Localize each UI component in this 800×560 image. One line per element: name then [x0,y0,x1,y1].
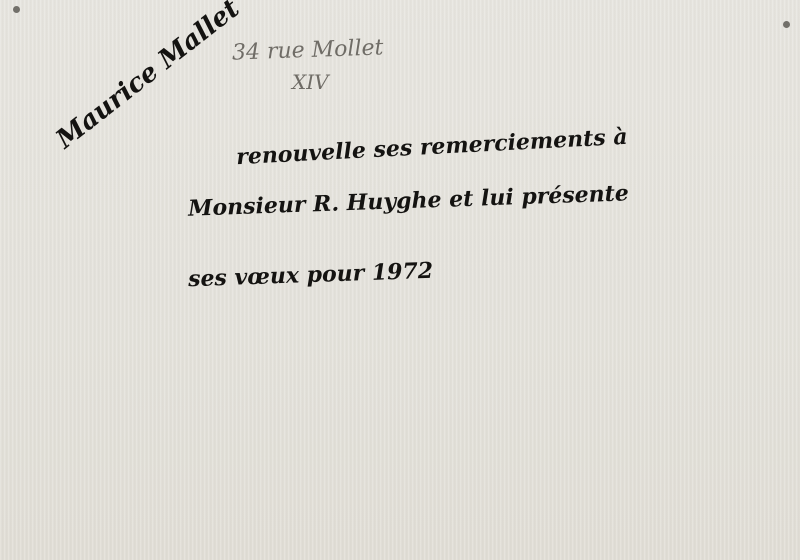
message-line-3: ses vœux pour 1972 [188,258,434,293]
message-line-2: Monsieur R. Huyghe et lui présente [188,180,630,221]
signature: Maurice Mallet [51,0,246,155]
address-street: 34 rue Mollet [232,35,384,65]
message-line-1: renouvelle ses remerciements à [236,124,629,170]
handwritten-card: 34 rue Mollet XIV Maurice Mallet renouve… [0,0,800,560]
pin-hole-top-left [13,6,20,13]
address-district: XIV [292,70,329,94]
pin-hole-top-right [783,21,790,28]
